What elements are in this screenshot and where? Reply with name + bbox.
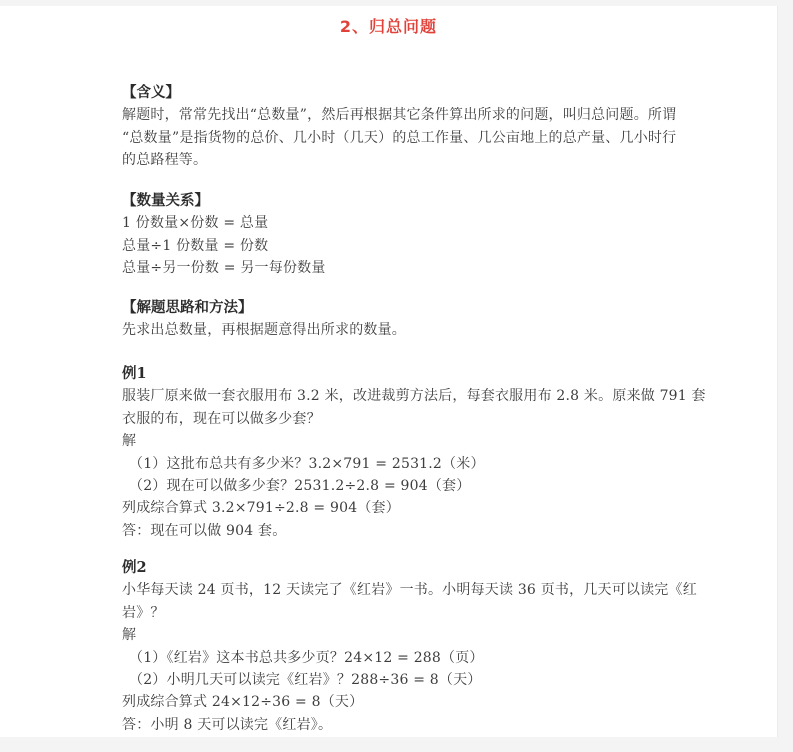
example-label: 例2 <box>122 557 722 579</box>
combined-formula: 列成综合算式 24×12÷36 = 8（天） <box>122 691 722 713</box>
document-page: 2、归总问题 【含义】 解题时，常常先找出“总数量”，然后再根据其它条件算出所求… <box>0 6 778 737</box>
solution-step: （2）现在可以做多少套？2531.2÷2.8 = 904（套） <box>122 475 722 497</box>
section-example-2: 例2 小华每天读 24 页书，12 天读完了《红岩》一书。小明每天读 36 页书… <box>122 557 722 736</box>
section-header: 【含义】 <box>122 82 722 104</box>
section-meaning: 【含义】 解题时，常常先找出“总数量”，然后再根据其它条件算出所求的问题，叫归总… <box>122 82 722 172</box>
text-line: 解题时，常常先找出“总数量”，然后再根据其它条件算出所求的问题，叫归总问题。所谓 <box>122 104 722 126</box>
solution-step: （1）这批布总共有多少米？3.2×791 = 2531.2（米） <box>122 453 722 475</box>
text-line: 衣服的布，现在可以做多少套？ <box>122 408 722 430</box>
solution-label: 解 <box>122 624 722 646</box>
combined-formula: 列成综合算式 3.2×791÷2.8 = 904（套） <box>122 497 722 519</box>
solution-step: （1）《红岩》这本书总共多少页？24×12 = 288（页） <box>122 647 722 669</box>
solution-label: 解 <box>122 430 722 452</box>
answer-line: 答：小明 8 天可以读完《红岩》。 <box>122 714 722 736</box>
formula-line: 总量÷1 份数量 = 份数 <box>122 235 722 257</box>
section-method: 【解题思路和方法】 先求出总数量，再根据题意得出所求的数量。 <box>122 297 722 342</box>
text-line: 先求出总数量，再根据题意得出所求的数量。 <box>122 319 722 341</box>
document-viewer: { "title": { "text": "2、归总问题", "color": … <box>0 0 793 752</box>
section-quantity-relations: 【数量关系】 1 份数量×份数 = 总量 总量÷1 份数量 = 份数 总量÷另一… <box>122 190 722 280</box>
example-label: 例1 <box>122 363 722 385</box>
section-example-1: 例1 服装厂原来做一套衣服用布 3.2 米，改进裁剪方法后，每套衣服用布 2.8… <box>122 363 722 542</box>
solution-step: （2）小明几天可以读完《红岩》？288÷36 = 8（天） <box>122 669 722 691</box>
text-line: 的总路程等。 <box>122 149 722 171</box>
page-title: 2、归总问题 <box>0 14 777 37</box>
formula-line: 1 份数量×份数 = 总量 <box>122 212 722 234</box>
formula-line: 总量÷另一份数 = 另一每份数量 <box>122 257 722 279</box>
text-line: 岩》？ <box>122 602 722 624</box>
text-line: 小华每天读 24 页书，12 天读完了《红岩》一书。小明每天读 36 页书，几天… <box>122 579 722 601</box>
section-header: 【数量关系】 <box>122 190 722 212</box>
text-line: 服装厂原来做一套衣服用布 3.2 米，改进裁剪方法后，每套衣服用布 2.8 米。… <box>122 385 722 407</box>
section-header: 【解题思路和方法】 <box>122 297 722 319</box>
text-line: “总数量”是指货物的总价、几小时（几天）的总工作量、几公亩地上的总产量、几小时行 <box>122 127 722 149</box>
answer-line: 答：现在可以做 904 套。 <box>122 520 722 542</box>
